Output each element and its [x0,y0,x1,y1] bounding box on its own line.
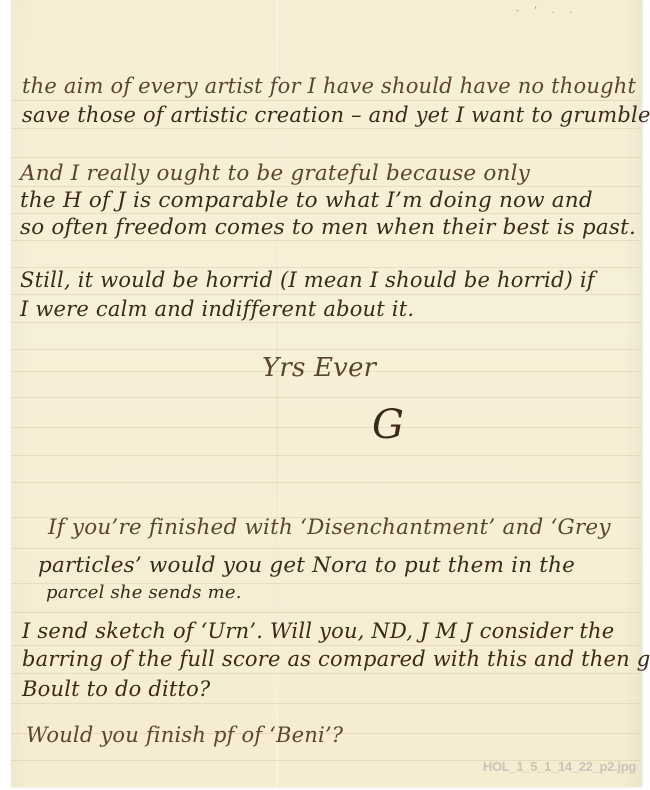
postscript-line: parcel she sends me. [46,582,242,603]
postscript-line: Boult to do ditto? [22,677,211,701]
ruled-line [11,240,641,241]
ruled-line [11,427,641,428]
ruled-line [11,645,641,646]
postscript-line: barring of the full score as compared wi… [22,647,650,671]
letter-line: the aim of every artist for I have shoul… [22,74,636,98]
ruled-line [11,322,641,323]
letter-line: I were calm and indifferent about it. [20,297,414,321]
ruled-line [11,455,641,456]
postscript-line: Would you finish pf of ‘Beni’? [26,723,343,747]
file-name-label: HOL_1_5_1_14_22_p2.jpg [483,759,636,774]
postscript-line: I send sketch of ‘Urn’. Will you, ND, J … [22,619,614,643]
ruled-line [11,548,641,549]
ruled-line [11,673,641,674]
top-margin-marks: - ‘ . . [516,6,578,16]
ruled-line [11,482,641,483]
ruled-line [11,294,641,295]
ruled-line [11,397,641,398]
letter-line: the H of J is comparable to what I’m doi… [20,188,593,213]
postscript-line: particles’ would you get Nora to put the… [38,553,575,578]
letter-closing: Yrs Ever [262,353,376,383]
letter-line: And I really ought to be grateful becaus… [20,161,530,186]
letter-signature: G [372,402,404,448]
ruled-line [11,349,641,350]
ruled-line [11,213,641,214]
ruled-line [11,612,641,613]
letter-line: so often freedom comes to men when their… [20,215,636,240]
ruled-line [11,128,641,129]
ruled-line [11,157,641,158]
ruled-line [11,186,641,187]
ruled-line [11,100,641,101]
letter-line: save those of artistic creation – and ye… [22,103,650,127]
letter-line: Still, it would be horrid (I mean I shou… [20,268,595,292]
postscript-line: If you’re finished with ‘Disenchantment’… [48,515,611,540]
ruled-line [11,703,641,704]
